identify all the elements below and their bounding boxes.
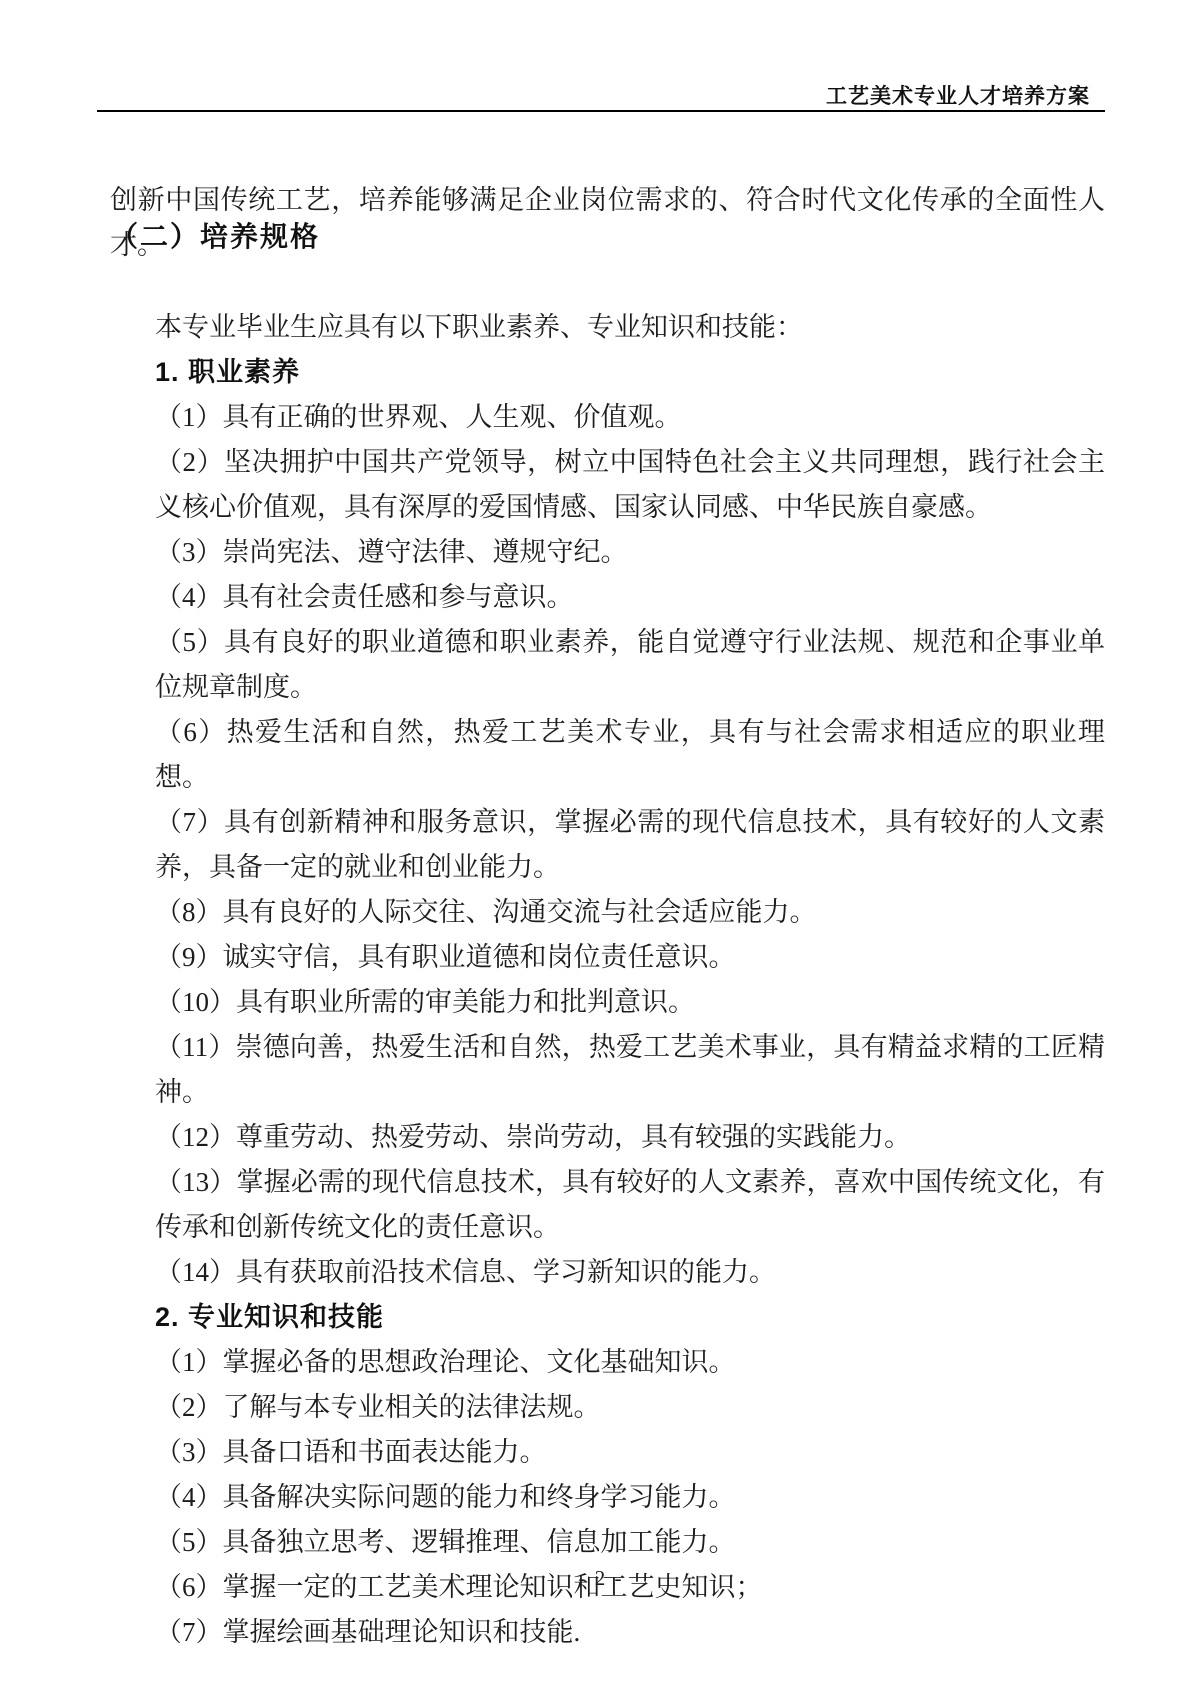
lead-paragraph: 本专业毕业生应具有以下职业素养、专业知识和技能：	[155, 305, 1105, 350]
list-item: （9）诚实守信，具有职业道德和岗位责任意识。	[155, 935, 1105, 980]
list-item: （11）崇德向善，热爱生活和自然，热爱工艺美术事业，具有精益求精的工匠精神。	[155, 1025, 1105, 1115]
header-rule	[97, 110, 1105, 112]
list-item: （4）具备解决实际问题的能力和终身学习能力。	[155, 1475, 1105, 1520]
list-item: （14）具有获取前沿技术信息、学习新知识的能力。	[155, 1250, 1105, 1295]
list-item: （12）尊重劳动、热爱劳动、崇尚劳动，具有较强的实践能力。	[155, 1115, 1105, 1160]
list-item: （6）热爱生活和自然，热爱工艺美术专业，具有与社会需求相适应的职业理想。	[155, 710, 1105, 800]
list-item: （3）具备口语和书面表达能力。	[155, 1430, 1105, 1475]
page-header-title: 工艺美术专业人才培养方案	[826, 80, 1090, 110]
document-page: 工艺美术专业人才培养方案 创新中国传统工艺，培养能够满足企业岗位需求的、符合时代…	[0, 0, 1202, 1702]
list-item: （13）掌握必需的现代信息技术，具有较好的人文素养，喜欢中国传统文化，有传承和创…	[155, 1160, 1105, 1250]
list-item: （5）具有良好的职业道德和职业素养，能自觉遵守行业法规、规范和企事业单位规章制度…	[155, 620, 1105, 710]
body-text-block: 本专业毕业生应具有以下职业素养、专业知识和技能： 1. 职业素养 （1）具有正确…	[155, 305, 1105, 1655]
list-item: （7）掌握绘画基础理论知识和技能.	[155, 1610, 1105, 1655]
list-item: （1）掌握必备的思想政治理论、文化基础知识。	[155, 1340, 1105, 1385]
section-heading: （二）培养规格	[110, 214, 320, 259]
list-item: （7）具有创新精神和服务意识，掌握必需的现代信息技术，具有较好的人文素养，具备一…	[155, 800, 1105, 890]
list-item: （4）具有社会责任感和参与意识。	[155, 575, 1105, 620]
list-item: （2）了解与本专业相关的法律法规。	[155, 1385, 1105, 1430]
list-item: （3）崇尚宪法、遵守法律、遵规守纪。	[155, 530, 1105, 575]
subsection-heading-1: 1. 职业素养	[155, 350, 1105, 395]
list-item: （5）具备独立思考、逻辑推理、信息加工能力。	[155, 1520, 1105, 1565]
list-item: （10）具有职业所需的审美能力和批判意识。	[155, 980, 1105, 1025]
page-number: - 2 -	[0, 1566, 1202, 1591]
list-item: （8）具有良好的人际交往、沟通交流与社会适应能力。	[155, 890, 1105, 935]
subsection-heading-2: 2. 专业知识和技能	[155, 1295, 1105, 1340]
list-item: （1）具有正确的世界观、人生观、价值观。	[155, 395, 1105, 440]
list-item: （2）坚决拥护中国共产党领导，树立中国特色社会主义共同理想，践行社会主义核心价值…	[155, 440, 1105, 530]
